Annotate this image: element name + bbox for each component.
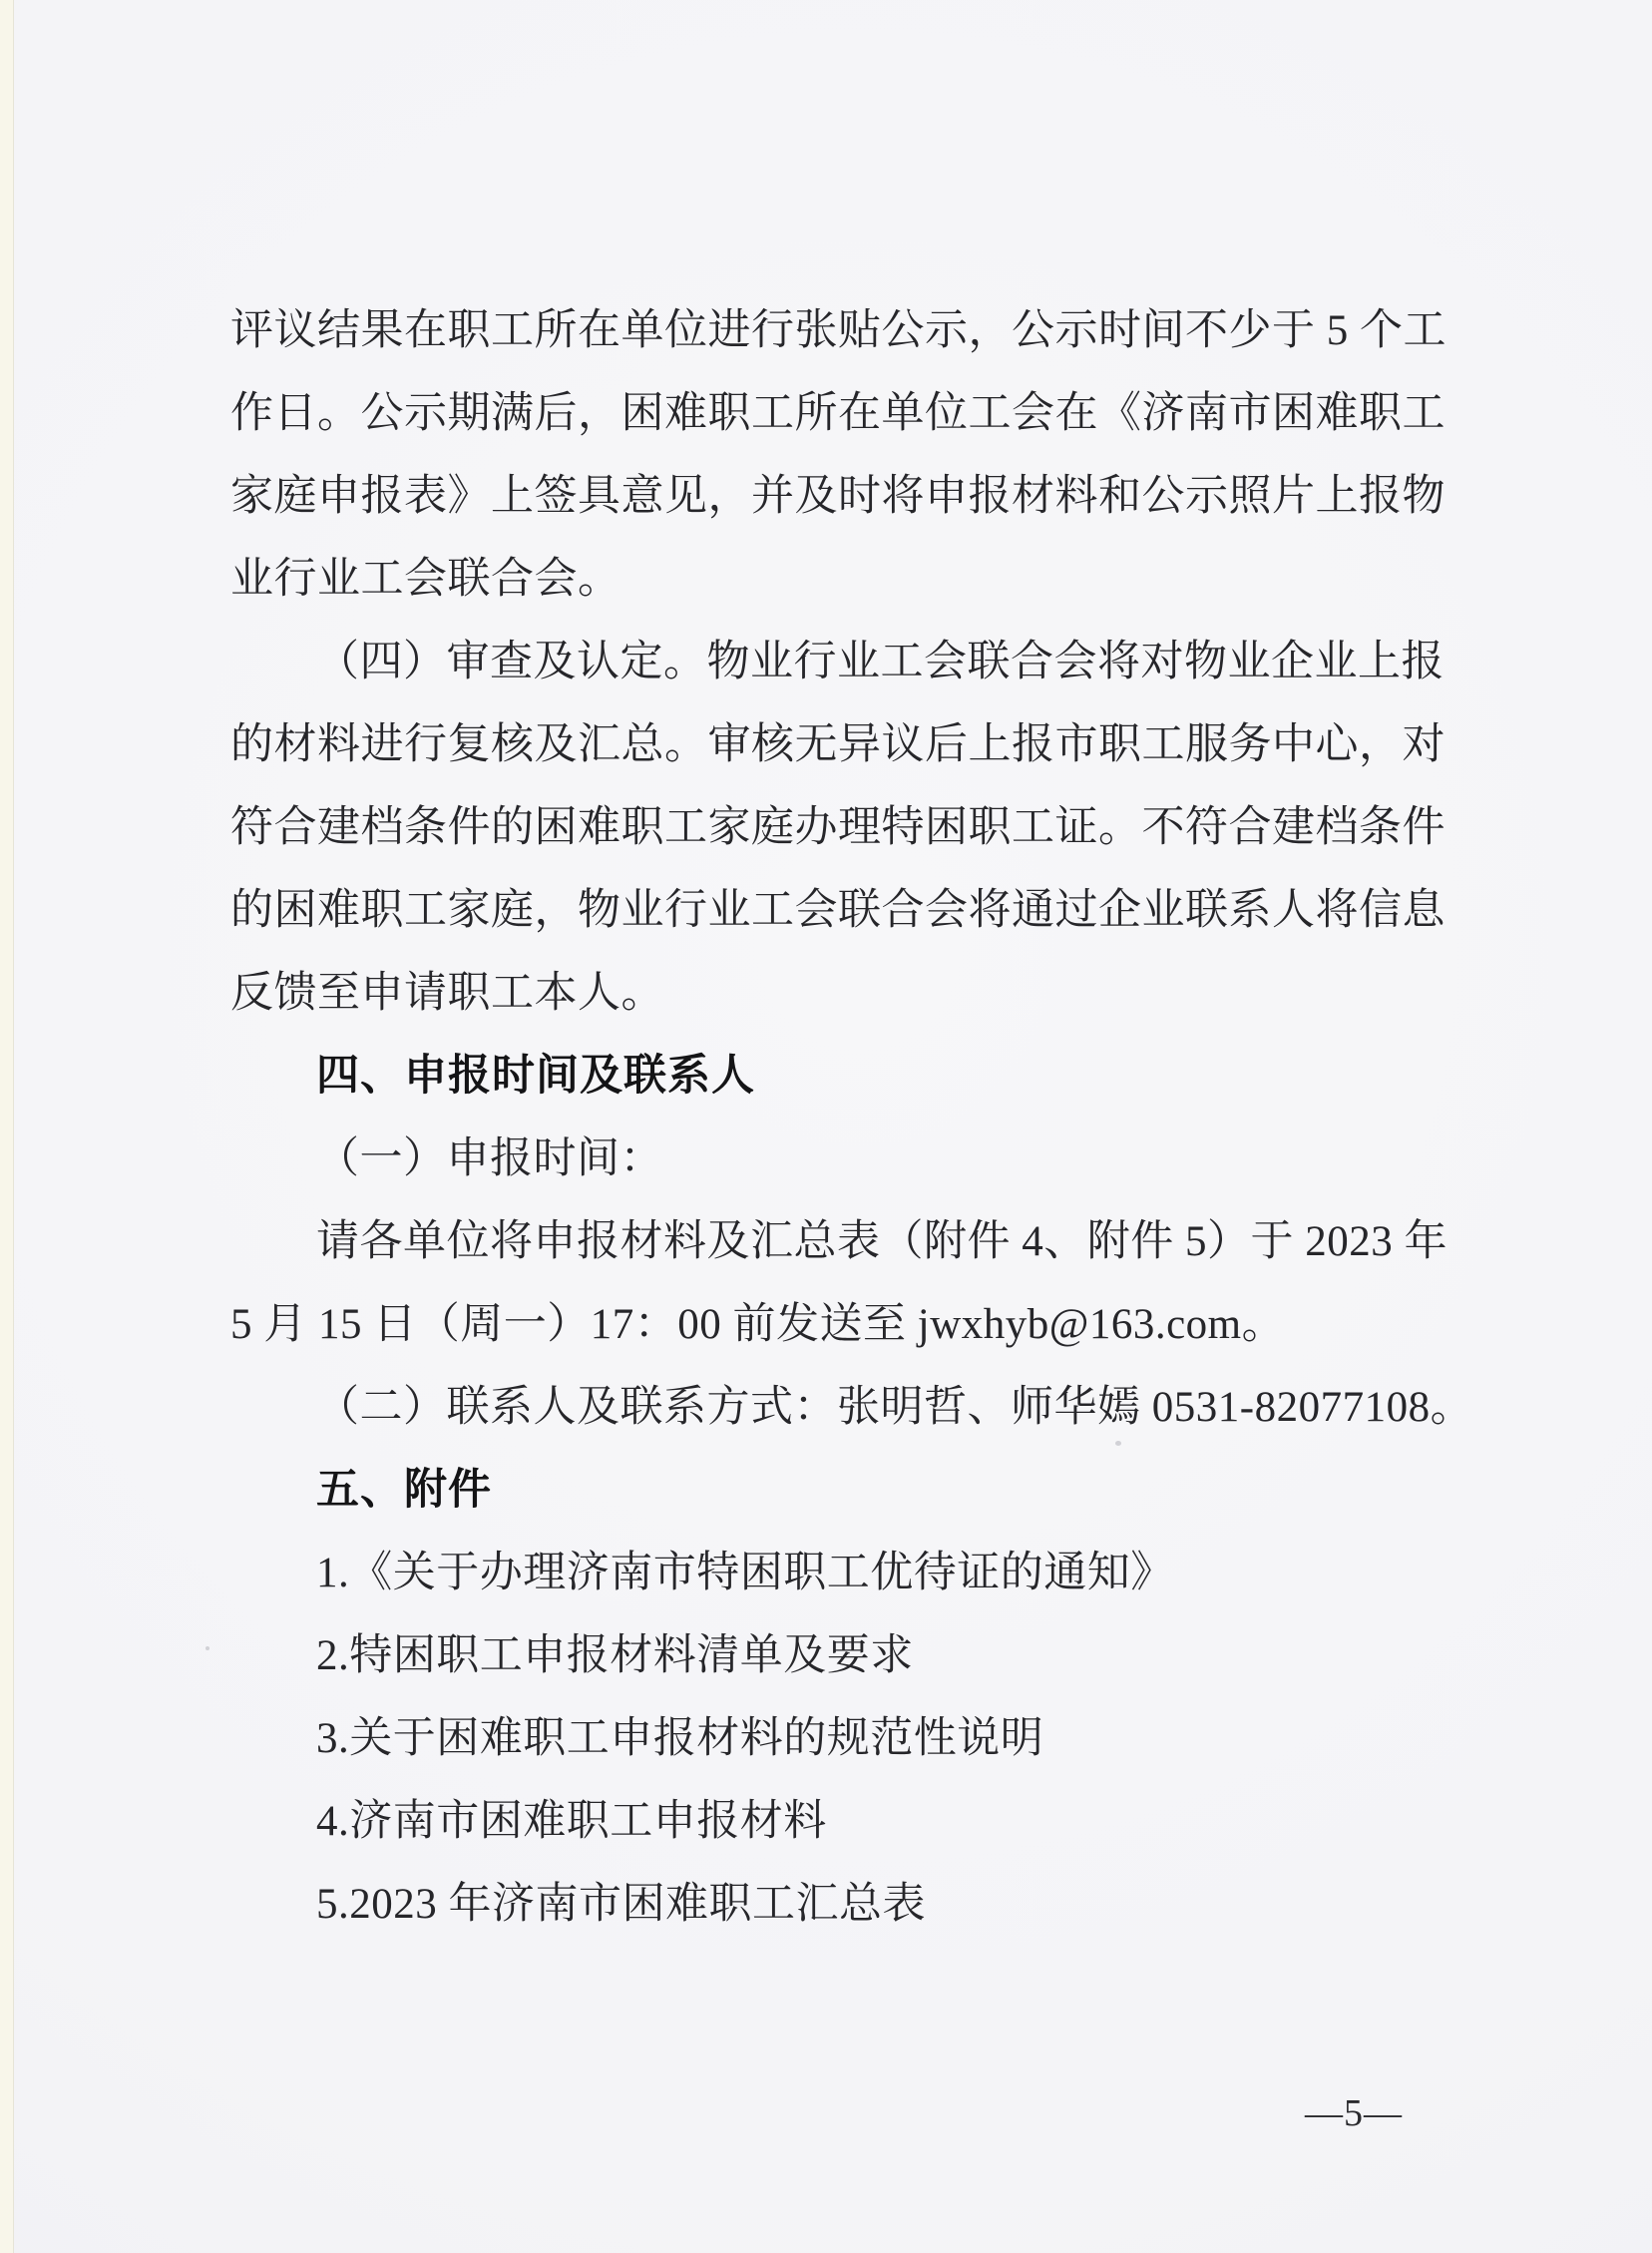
section-heading-five: 五、附件: [230, 1449, 1441, 1532]
body-line: 作日。公示期满后，困难职工所在单位工会在《济南市困难职工: [230, 372, 1441, 455]
attachment-item-1: 1.《关于办理济南市特困职工优待证的通知》: [230, 1532, 1441, 1614]
scan-speck: [1115, 1441, 1121, 1446]
contact-line: （二）联系人及联系方式：张明哲、师华嫣 0531-82077108。: [230, 1366, 1441, 1449]
attachment-item-4: 4.济南市困难职工申报材料: [230, 1780, 1441, 1863]
scan-speck: [206, 1646, 209, 1650]
paragraph-start-line: 请各单位将申报材料及汇总表（附件 4、附件 5）于 2023 年: [230, 1200, 1441, 1283]
attachment-item-5: 5.2023 年济南市困难职工汇总表: [230, 1863, 1441, 1946]
scanner-edge: [0, 0, 14, 2253]
subsection-heading-one: （一）申报时间：: [230, 1118, 1441, 1200]
body-line: 评议结果在职工所在单位进行张贴公示，公示时间不少于 5 个工: [230, 289, 1441, 372]
body-line: 的材料进行复核及汇总。审核无异议后上报市职工服务中心，对: [230, 703, 1441, 786]
attachment-item-3: 3.关于困难职工申报材料的规范性说明: [230, 1697, 1441, 1780]
body-line: 的困难职工家庭，物业行业工会联合会将通过企业联系人将信息: [230, 869, 1441, 952]
body-line: 家庭申报表》上签具意见，并及时将申报材料和公示照片上报物: [230, 455, 1441, 538]
page-number: —5—: [1305, 2091, 1403, 2135]
body-line: 反馈至申请职工本人。: [230, 952, 1441, 1035]
body-line: 业行业工会联合会。: [230, 538, 1441, 621]
attachment-item-2: 2.特困职工申报材料清单及要求: [230, 1614, 1441, 1697]
section-heading-four: 四、申报时间及联系人: [230, 1035, 1441, 1118]
paragraph-start-line: （四）审查及认定。物业行业工会联合会将对物业企业上报: [230, 621, 1441, 703]
deadline-line: 5 月 15 日（周一）17：00 前发送至 jwxhyb@163.com。: [230, 1283, 1441, 1366]
document-body: 评议结果在职工所在单位进行张贴公示，公示时间不少于 5 个工 作日。公示期满后，…: [230, 289, 1441, 1946]
body-line: 符合建档条件的困难职工家庭办理特困职工证。不符合建档条件: [230, 786, 1441, 869]
document-page: 评议结果在职工所在单位进行张贴公示，公示时间不少于 5 个工 作日。公示期满后，…: [0, 0, 1652, 2253]
